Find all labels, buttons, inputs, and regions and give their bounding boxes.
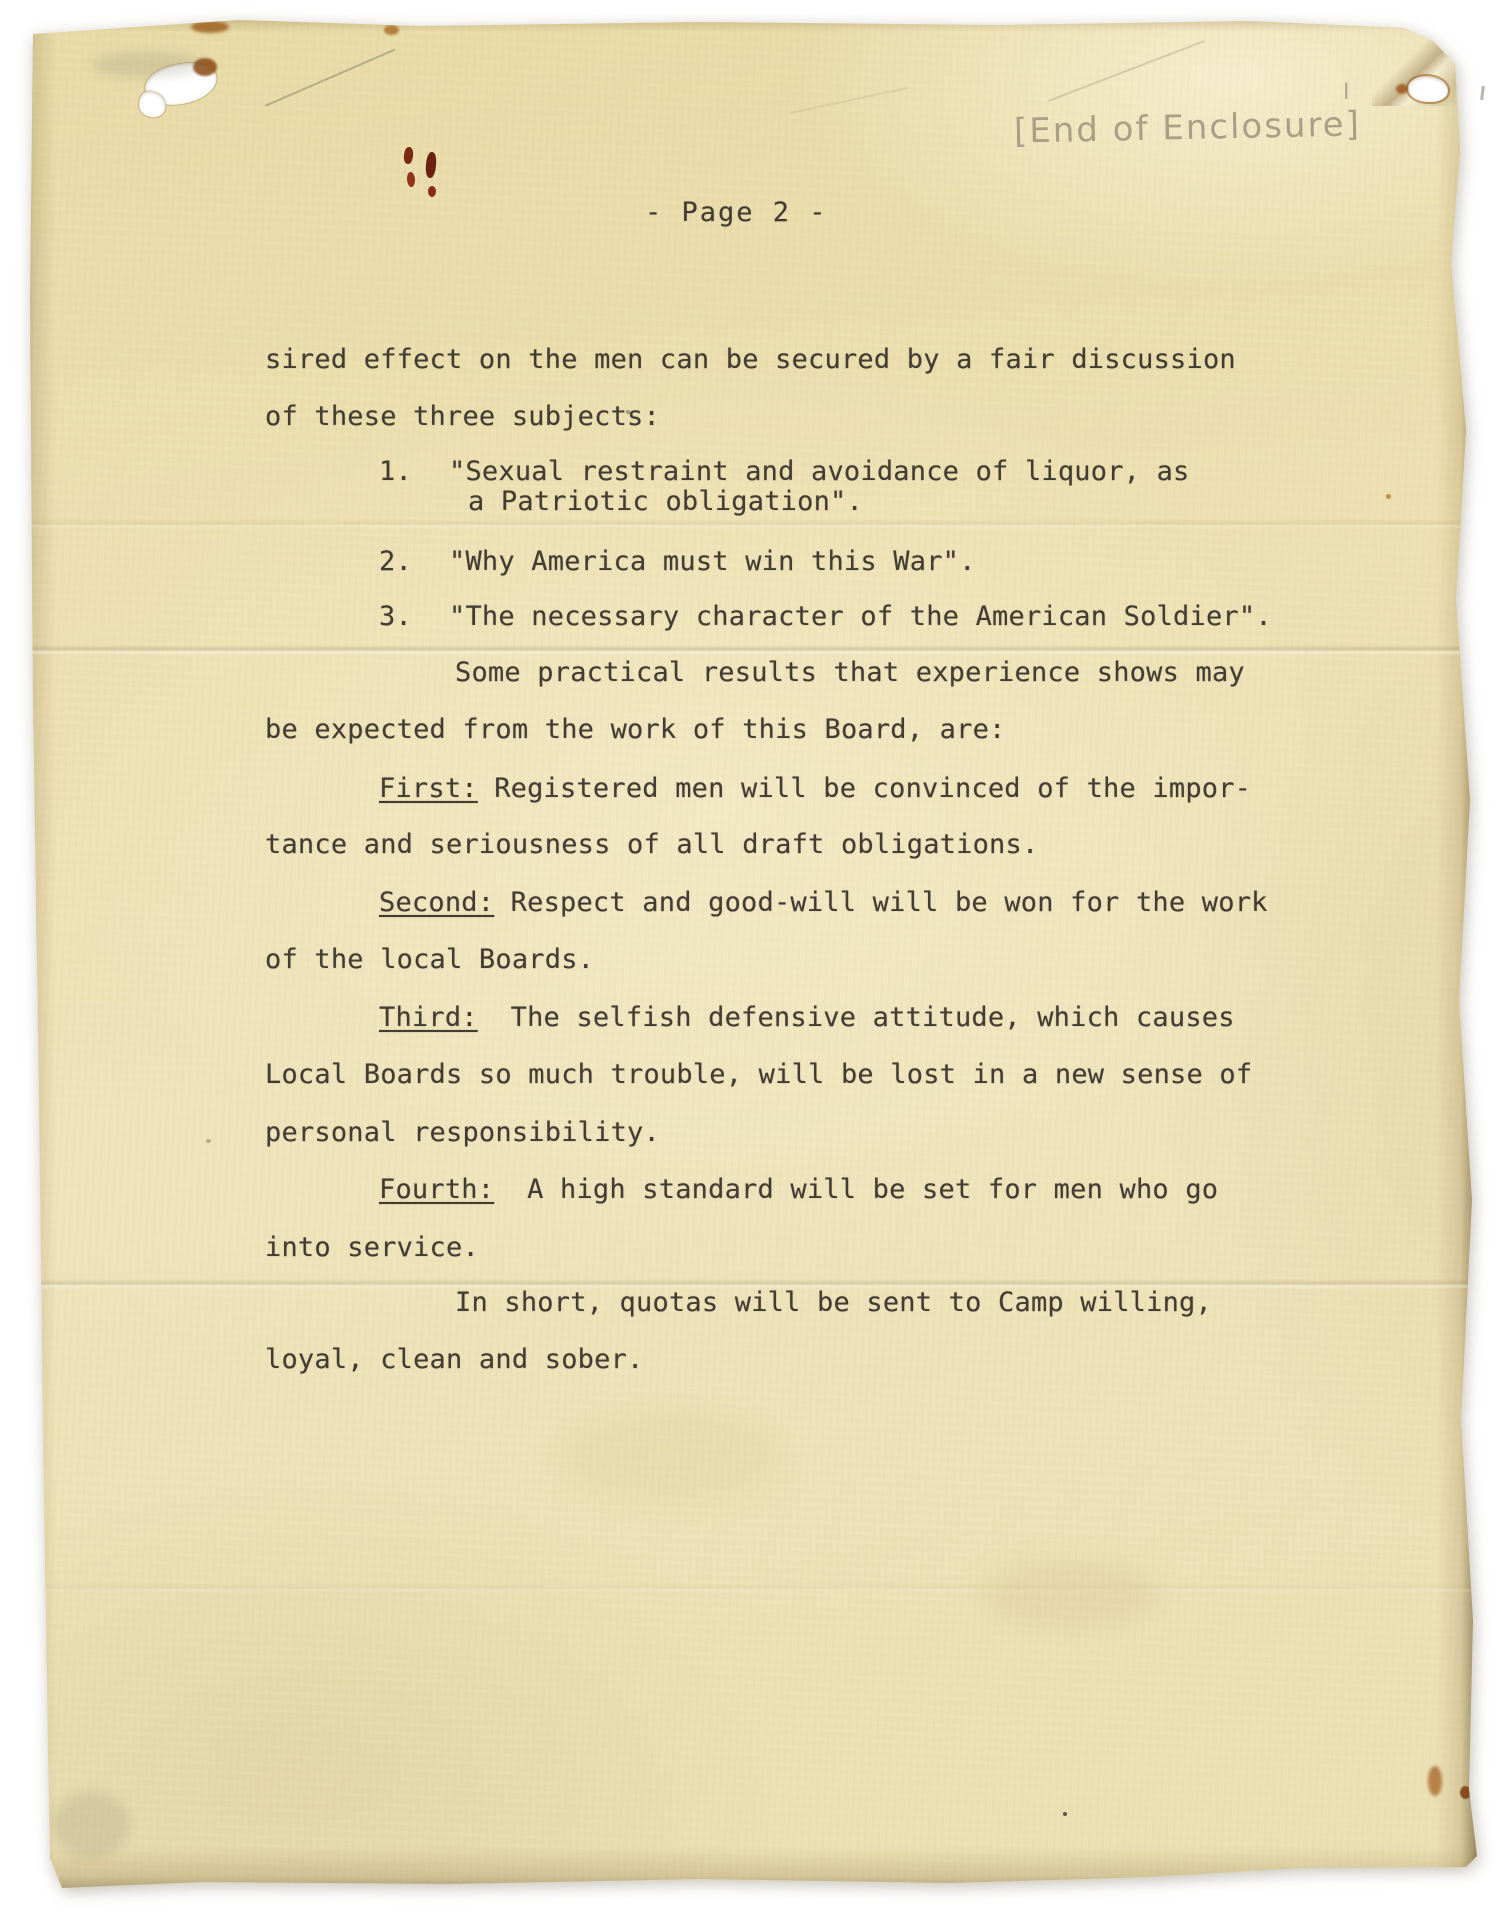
speck-right-edge xyxy=(1386,494,1391,499)
typed-segment: Respect and good-will will be won for th… xyxy=(494,887,1267,918)
handwritten-end-of-enclosure-note: [End of Enclosure] xyxy=(1014,104,1362,151)
typed-line: sired effect on the men can be secured b… xyxy=(265,346,1236,373)
typed-line: 1. xyxy=(379,458,412,485)
typed-line: "The necessary character of the American… xyxy=(449,603,1272,630)
typed-segment: The selfish defensive attitude, which ca… xyxy=(478,1002,1235,1033)
paper-hole-top-right xyxy=(1408,76,1448,102)
typed-segment: sired effect on the men can be secured b… xyxy=(265,344,1236,375)
typed-segment-underlined: Fourth: xyxy=(379,1174,494,1205)
paper-shadow-wrap: [End of Enclosure] I - Page 2 - sired ef… xyxy=(0,0,1500,1919)
ink-spot-2 xyxy=(406,172,415,188)
pencil-scratch-3 xyxy=(790,87,908,114)
typed-line: be expected from the work of this Board,… xyxy=(265,716,1006,743)
ink-spot-3 xyxy=(425,152,437,179)
typed-segment: into service. xyxy=(265,1232,479,1263)
stain-rust-bottom-right-2 xyxy=(1460,1786,1471,1799)
fold-crease-middle xyxy=(0,645,1500,655)
ink-spot-1 xyxy=(403,147,414,165)
typed-segment: a Patriotic obligation". xyxy=(468,486,863,517)
typed-segment: be expected from the work of this Board,… xyxy=(265,714,1006,745)
paper-edge-left xyxy=(28,28,56,1889)
typed-line: Some practical results that experience s… xyxy=(455,659,1245,686)
typed-line: 2. xyxy=(379,548,412,575)
scanned-document-page: { "annotations": { "end_of_enclosure": "… xyxy=(0,0,1500,1919)
typed-line: "Sexual restraint and avoidance of liquo… xyxy=(449,458,1190,485)
typed-line: First: Registered men will be convinced … xyxy=(379,775,1251,802)
smudge-bottom-left xyxy=(52,1792,130,1858)
typed-segment: 1. xyxy=(379,456,412,487)
smudge-top-left xyxy=(92,52,202,78)
typed-segment: "The necessary character of the American… xyxy=(449,601,1272,632)
typed-segment: A high standard will be set for men who … xyxy=(494,1174,1218,1205)
page-number-header: - Page 2 - xyxy=(645,199,828,226)
typed-segment: of these three subjects: xyxy=(265,401,660,432)
paper-grain-texture xyxy=(0,0,1500,1919)
typed-line: tance and seriousness of all draft oblig… xyxy=(265,831,1038,858)
paper-edge-top xyxy=(30,18,1460,32)
typed-line: of these three subjects: xyxy=(265,403,660,430)
stain-rust-top-right xyxy=(1396,84,1408,94)
typed-line: Third: The selfish defensive attitude, w… xyxy=(379,1004,1235,1031)
typed-segment: In short, quotas will be sent to Camp wi… xyxy=(455,1287,1212,1318)
speck-bottom xyxy=(1063,1812,1067,1816)
stain-rust-bottom-right-1 xyxy=(1428,1766,1442,1796)
typed-segment: 3. xyxy=(379,601,412,632)
typed-line: a Patriotic obligation". xyxy=(468,488,863,515)
pencil-scratch-2 xyxy=(1048,40,1206,102)
typed-segment-underlined: Third: xyxy=(379,1002,478,1033)
typed-line: of the local Boards. xyxy=(265,946,594,973)
typed-segment: tance and seriousness of all draft oblig… xyxy=(265,829,1038,860)
typed-segment-underlined: Second: xyxy=(379,887,494,918)
ink-spot-4 xyxy=(428,186,436,197)
typed-segment: 2. xyxy=(379,546,412,577)
typed-line: "Why America must win this War". xyxy=(449,548,976,575)
typed-segment: "Sexual restraint and avoidance of liquo… xyxy=(449,456,1190,487)
typed-line: Local Boards so much trouble, will be lo… xyxy=(265,1061,1252,1088)
typed-line: 3. xyxy=(379,603,412,630)
typed-line: personal responsibility. xyxy=(265,1119,660,1146)
paper-edge-bottom xyxy=(40,1846,1482,1890)
speck-left-margin xyxy=(206,1139,211,1143)
typed-line: In short, quotas will be sent to Camp wi… xyxy=(455,1289,1212,1316)
typed-segment: Local Boards so much trouble, will be lo… xyxy=(265,1059,1252,1090)
typed-segment-underlined: First: xyxy=(379,773,478,804)
typed-line: Second: Respect and good-will will be wo… xyxy=(379,889,1268,916)
typed-line: into service. xyxy=(265,1234,479,1261)
typed-segment: Registered men will be convinced of the … xyxy=(478,773,1251,804)
fold-crease-faint xyxy=(0,1583,1500,1593)
paper-edge-right xyxy=(1436,22,1480,1881)
typed-line: Fourth: A high standard will be set for … xyxy=(379,1176,1218,1203)
tone-stain-lower xyxy=(980,1560,1160,1630)
paper-sheet: [End of Enclosure] I - Page 2 - sired ef… xyxy=(0,0,1500,1919)
typed-segment: personal responsibility. xyxy=(265,1117,660,1148)
typed-line: loyal, clean and sober. xyxy=(265,1346,643,1373)
tone-stain-middle xyxy=(560,1410,780,1500)
typed-segment: Some practical results that experience s… xyxy=(455,657,1245,688)
stain-rust-top-1 xyxy=(191,21,229,33)
typed-segment: loyal, clean and sober. xyxy=(265,1344,643,1375)
pencil-tick-mark: I xyxy=(1343,80,1350,105)
fold-crease-upper xyxy=(0,519,1500,529)
typed-segment: "Why America must win this War". xyxy=(449,546,976,577)
stain-rust-top-2 xyxy=(384,25,399,35)
pencil-scratch-1 xyxy=(265,48,396,106)
typed-segment: of the local Boards. xyxy=(265,944,594,975)
